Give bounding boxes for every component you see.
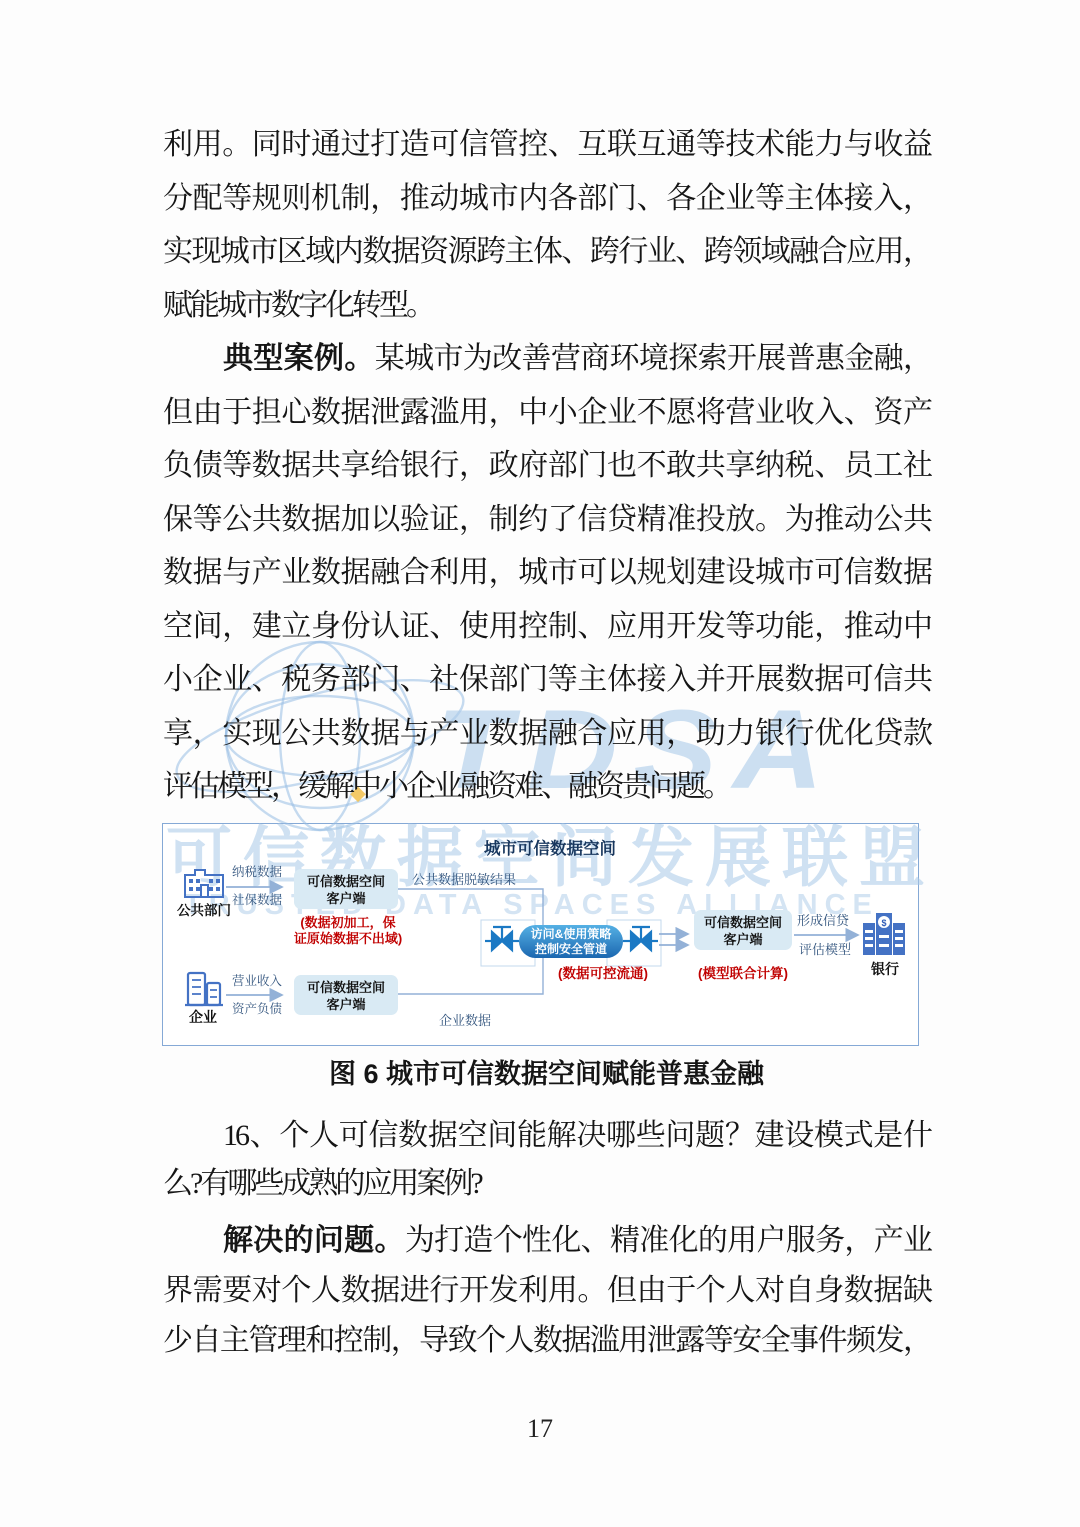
answer-line-text: 为打造个性化、精准化的用户服务，产业: [405, 1224, 930, 1257]
question-block: 16、个人可信数据空间能解决哪些问题？建设模式是什 么?有哪些成熟的应用案例?: [163, 1112, 930, 1208]
client-box-bank: 可信数据空间 客户端: [694, 910, 792, 950]
pipe-label-line1: 访问&使用策略: [531, 926, 613, 941]
client-box-line1: 可信数据空间: [704, 915, 782, 930]
enterprise-data-label: 企业数据: [439, 1013, 491, 1028]
document-page: TDSA 可信数据空间发展联盟 TRUSTED DATA SPACES ALLI…: [0, 0, 1080, 1527]
body-line: 分配等规则机制，推动城市内各部门、各企业等主体接入，: [163, 172, 930, 226]
joint-computation-note: (模型联合计算): [698, 965, 788, 981]
figure-caption: 图 6 城市可信数据空间赋能普惠金融: [163, 1052, 930, 1096]
page-number: 17: [0, 1414, 1080, 1444]
diagram-title: 城市可信数据空间: [484, 838, 616, 858]
client-box-enterprise: 可信数据空间 客户端: [294, 975, 398, 1015]
client-box-line2: 客户端: [326, 997, 365, 1012]
credit-label-line1: 形成信贷: [797, 913, 850, 928]
social-security-data-label: 社保数据: [232, 892, 283, 907]
answer-line: 解决的问题。为打造个性化、精准化的用户服务，产业: [163, 1216, 930, 1266]
body-line: 典型案例。某城市为改善营商环境探索开展普惠金融，: [163, 332, 930, 386]
body-line: 负债等数据共享给银行，政府部门也不敢共享纳税、员工社: [163, 439, 930, 493]
client-box-line2: 客户端: [326, 891, 365, 906]
body-line: 利用。同时通过打造可信管控、互联互通等技术能力与收益: [163, 118, 930, 172]
case-heading: 典型案例。: [223, 342, 375, 375]
body-line: 评估模型，缓解中小企业融资难、融资贵问题。: [163, 760, 930, 814]
body-line: 实现城市区域内数据资源跨主体、跨行业、跨领域融合应用，: [163, 225, 930, 279]
revenue-label: 营业收入: [232, 973, 283, 988]
public-note-line2: 证原始数据不出域): [294, 931, 402, 946]
client-box-line2: 客户端: [723, 932, 762, 947]
body-line: 小企业、税务部门、社保部门等主体接入并开展数据可信共: [163, 653, 930, 707]
question-line: 么?有哪些成熟的应用案例?: [163, 1160, 930, 1208]
desensitized-result-label: 公共数据脱敏结果: [412, 872, 516, 887]
pipe-note: (数据可控流通): [558, 965, 648, 981]
credit-label-line2: 评估模型: [799, 942, 851, 957]
assets-liabilities-label: 资产负债: [232, 1001, 283, 1016]
body-line: 但由于担心数据泄露滥用，中小企业不愿将营业收入、资产: [163, 386, 930, 440]
secure-pipe: 访问&使用策略 控制安全管道: [481, 920, 661, 966]
answer-line: 少自主管理和控制，导致个人数据滥用泄露等安全事件频发，: [163, 1316, 930, 1366]
client-box-public: 可信数据空间 客户端: [294, 869, 398, 909]
dollar-icon: $: [881, 918, 886, 928]
public-note-line1: (数据初加工，保: [300, 915, 395, 931]
bank-icon: $: [863, 913, 905, 955]
figure-6-diagram: 城市可信数据空间 公共部门 纳税数据 社保数据 可信数据空间 客户端 (数据初加…: [162, 823, 919, 1046]
answer-block: 解决的问题。为打造个性化、精准化的用户服务，产业 界需要对个人数据进行开发利用。…: [163, 1216, 930, 1366]
body-line: 保等公共数据加以验证，制约了信贷精准投放。为推动公共: [163, 493, 930, 547]
body-line: 空间，建立身份认证、使用控制、应用开发等功能，推动中: [163, 600, 930, 654]
public-sector-icon: [185, 870, 223, 897]
body-line: 数据与产业数据融合利用，城市可以规划建设城市可信数据: [163, 546, 930, 600]
pipe-label-line2: 控制安全管道: [534, 941, 607, 956]
body-line: 赋能城市数字化转型。: [163, 279, 930, 333]
client-box-line1: 可信数据空间: [307, 874, 385, 889]
tax-data-label: 纳税数据: [232, 864, 283, 879]
client-box-line1: 可信数据空间: [307, 980, 385, 995]
enterprise-label: 企业: [189, 1009, 217, 1025]
answer-line: 界需要对个人数据进行开发利用。但由于个人对自身数据缺: [163, 1266, 930, 1316]
public-sector-label: 公共部门: [177, 902, 231, 918]
body-line: 享，实现公共数据与产业数据融合应用，助力银行优化贷款: [163, 707, 930, 761]
question-line: 16、个人可信数据空间能解决哪些问题？建设模式是什: [163, 1112, 930, 1160]
answer-heading: 解决的问题。: [223, 1224, 405, 1257]
enterprise-icon: [185, 973, 223, 1005]
body-line-text: 某城市为改善营商环境探索开展普惠金融，: [375, 342, 930, 375]
bank-label: 银行: [871, 961, 899, 977]
body-text-block: 利用。同时通过打造可信管控、互联互通等技术能力与收益 分配等规则机制，推动城市内…: [163, 118, 930, 814]
